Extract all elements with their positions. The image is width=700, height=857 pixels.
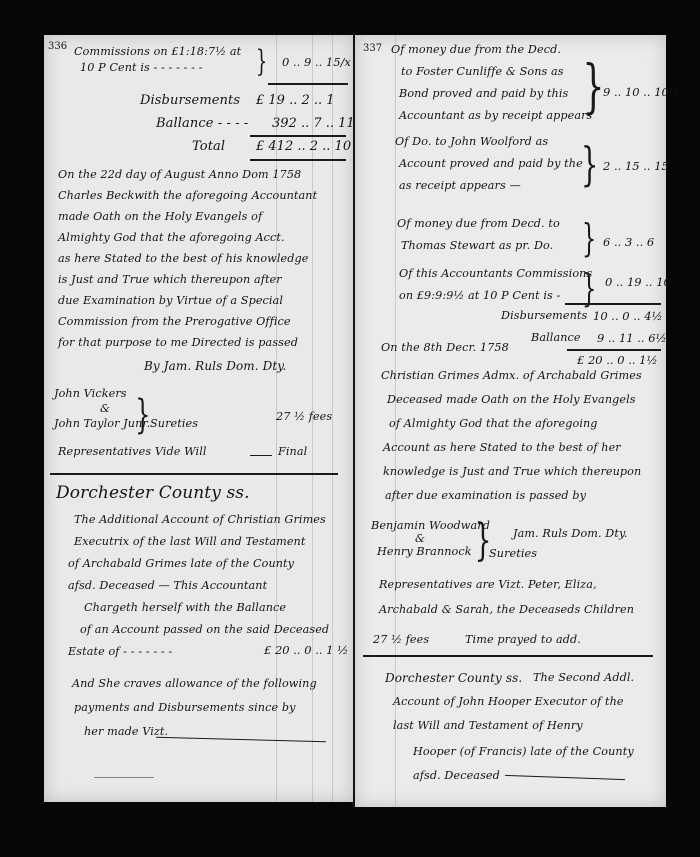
surety-name: John Vickers	[54, 387, 127, 400]
total-amount: £ 412 .. 2 .. 10	[256, 139, 351, 154]
surety-ampersand: &	[100, 402, 110, 415]
ballance-amount: 392 .. 7 .. 11	[272, 116, 355, 131]
sureties-label: Sureties	[489, 547, 537, 560]
brace: }	[256, 47, 267, 77]
ballance-label: Ballance - - - -	[156, 116, 248, 131]
disbursements-label: Disbursements	[501, 309, 587, 322]
item-amount: 2 .. 15 .. 15	[603, 159, 669, 173]
surety-name: Henry Brannock	[377, 545, 472, 558]
sureties-label: Sureties	[150, 417, 198, 430]
disbursements-amount: £ 19 .. 2 .. 1	[256, 93, 335, 108]
page-number: 336	[48, 41, 67, 52]
time-note: Time prayed to add.	[465, 633, 581, 646]
left-page: 336 Commissions on £1:18:7½ at 10 P Cent…	[44, 35, 353, 802]
total-amount: £ 20 .. 0 .. 1½	[577, 353, 658, 367]
brace: }	[135, 395, 150, 435]
account-line-label: Commissions on £1:18:7½ at	[74, 45, 241, 58]
ballance-amount: 9 .. 11 .. 6½	[597, 331, 667, 345]
signature: By Jam. Ruls Dom. Dty.	[144, 359, 286, 373]
representatives-line: Representatives Vide Will	[58, 445, 207, 458]
signature: Jam. Ruls Dom. Dty.	[513, 527, 628, 540]
county-heading: Dorchester County ss.	[56, 483, 250, 503]
estate-amount: £ 20 .. 0 .. 1 ½	[264, 643, 348, 657]
fees: 27 ½ fees	[373, 633, 429, 646]
account-line-amount: 0 .. 9 .. 15/x	[282, 55, 351, 69]
total-label: Total	[192, 139, 225, 154]
surety-name: Benjamin Woodward	[371, 519, 490, 532]
account-line-label: 10 P Cent is - - - - - - -	[80, 61, 203, 74]
item-amount: 6 .. 3 .. 6	[603, 235, 654, 249]
fees: 27 ½ fees	[276, 410, 332, 423]
disbursements-amount: 10 .. 0 .. 4½	[593, 309, 663, 323]
final-label: Final	[278, 445, 307, 458]
item-amount: 9 .. 10 .. 10½	[603, 85, 680, 99]
county-heading: Dorchester County ss.	[385, 671, 522, 685]
ballance-label: Ballance	[531, 331, 581, 344]
right-page: 337 Of money due from the Decd. to Foste…	[355, 35, 666, 807]
page-number: 337	[363, 43, 382, 54]
item-amount: 0 .. 19 .. 10	[605, 275, 671, 289]
disbursements-label: Disbursements	[140, 93, 240, 108]
surety-ampersand: &	[415, 532, 425, 545]
